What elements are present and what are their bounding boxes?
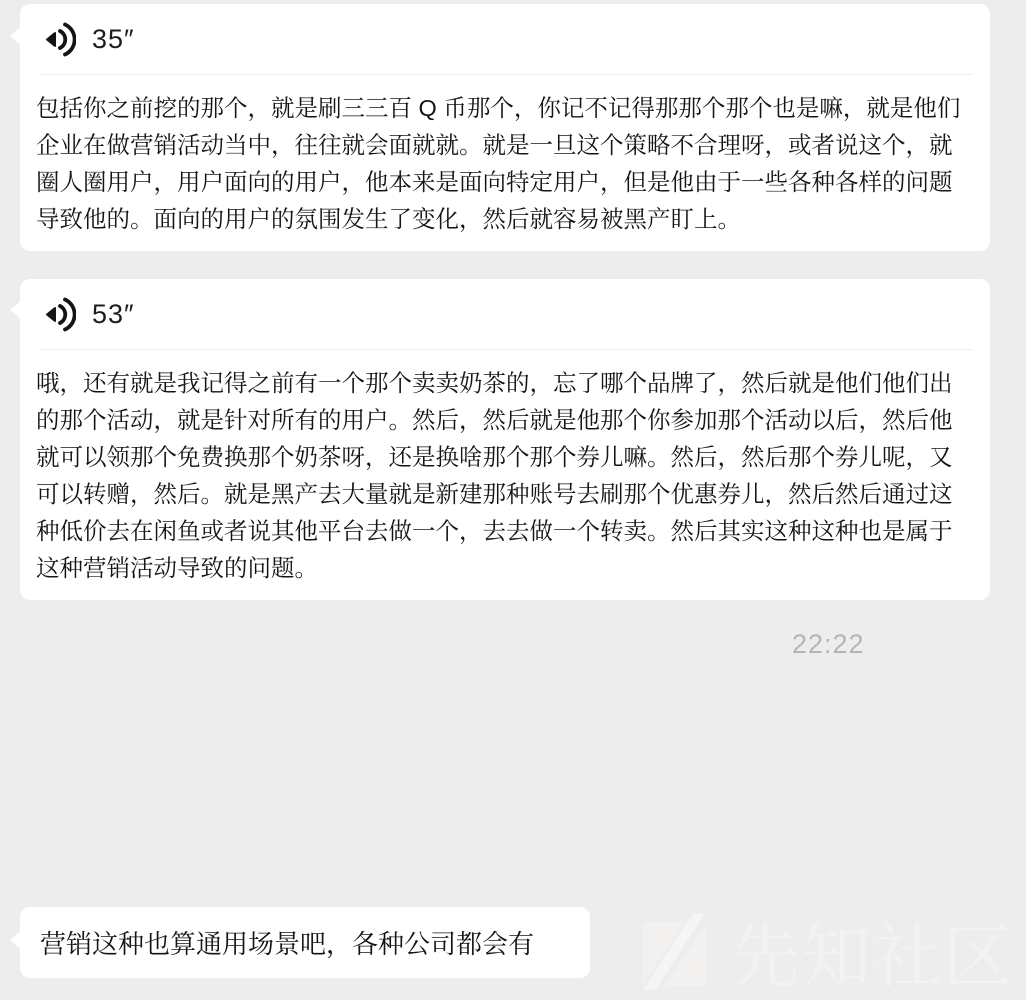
voice-transcript-1: 包括你之前挖的那个，就是刷三三百 Q 币那个，你记不记得那那个那个也是嘛，就是他… <box>36 90 973 238</box>
voice-play-button-2[interactable]: 53″ <box>39 279 973 350</box>
message-timestamp: 22:22 <box>792 629 865 660</box>
voice-message-card-2: 53″ 哦，还有就是我记得之前有一个那个卖卖奶茶的，忘了哪个品牌了，然后就是他们… <box>20 279 990 600</box>
watermark-text: 先知社区 <box>730 901 1014 1000</box>
site-watermark: 先知社区 <box>641 901 1014 1000</box>
reply-message-text: 营销这种也算通用场景吧，各种公司都会有 <box>40 924 534 961</box>
bubble-tail <box>10 26 22 46</box>
reply-message-bubble: 营销这种也算通用场景吧，各种公司都会有 <box>20 907 590 978</box>
voice-wave-icon <box>39 296 76 333</box>
voice-duration: 35″ <box>92 24 135 55</box>
voice-play-button-1[interactable]: 35″ <box>39 4 973 75</box>
xianzhi-logo <box>641 912 711 992</box>
bubble-tail <box>10 930 22 950</box>
voice-message-card-1: 35″ 包括你之前挖的那个，就是刷三三百 Q 币那个，你记不记得那那个那个也是嘛… <box>20 4 990 251</box>
bubble-tail <box>10 300 22 320</box>
voice-transcript-2: 哦，还有就是我记得之前有一个那个卖卖奶茶的，忘了哪个品牌了，然后就是他们他们出 … <box>36 365 973 587</box>
voice-duration: 53″ <box>92 299 135 330</box>
voice-wave-icon <box>39 21 76 58</box>
